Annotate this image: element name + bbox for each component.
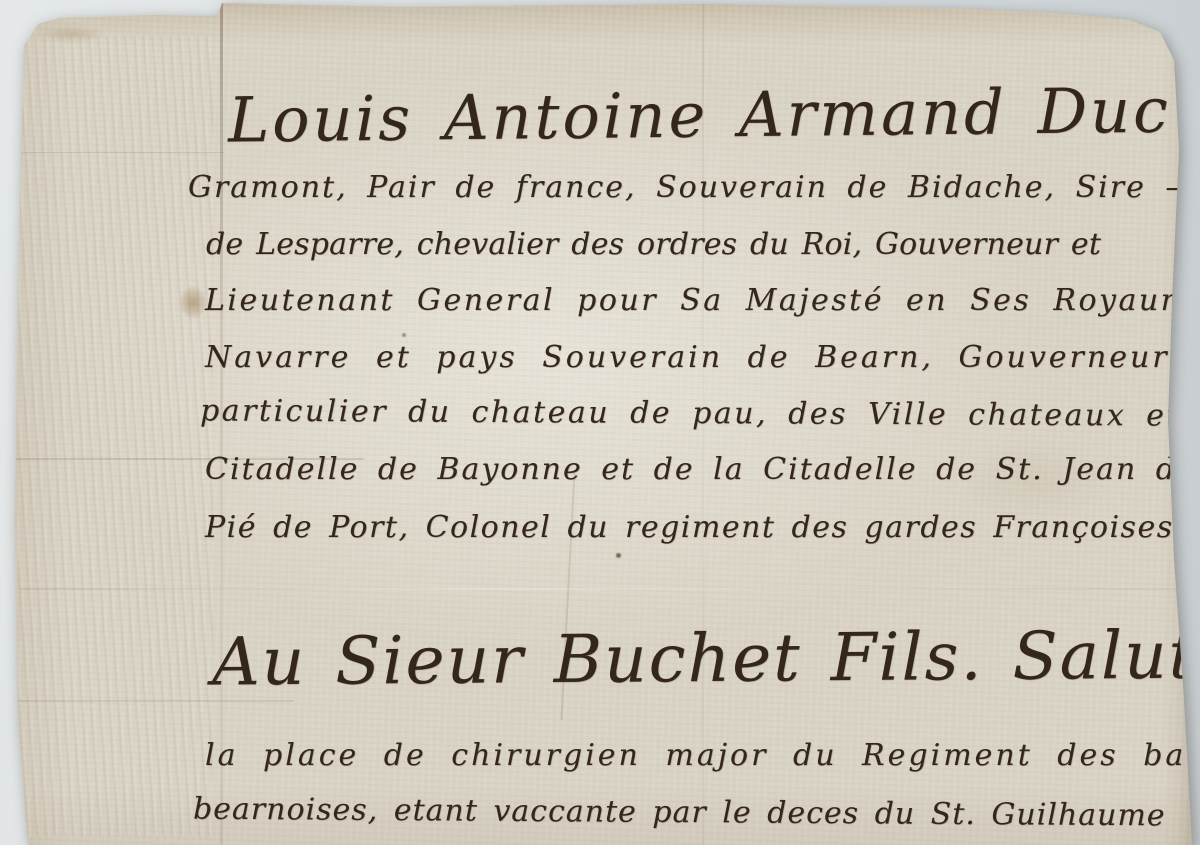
horizontal-crease <box>14 152 224 153</box>
paper-wrinkles-left-margin <box>18 36 213 836</box>
manuscript-line: Navarre et pays Souverain de Bearn, Gouv… <box>205 340 1200 375</box>
ink-speck <box>616 553 621 558</box>
manuscript-line: Gramont, Pair de france, Souverain de Bi… <box>188 170 1197 205</box>
edge-stain <box>36 26 106 42</box>
horizontal-crease <box>20 588 1180 590</box>
manuscript-line: la place de chirurgien major du Regiment… <box>205 738 1200 773</box>
ink-stain <box>180 287 206 318</box>
ink-speck <box>402 333 406 337</box>
paper-sheet: Louis Antoine Armand Duc de Gramont, Pai… <box>0 0 1200 845</box>
manuscript-line: bearnoises, etant vaccante par le deces … <box>193 792 1166 834</box>
horizontal-crease <box>14 700 294 702</box>
manuscript-line: Citadelle de Bayonne et de la Citadelle … <box>205 452 1197 487</box>
manuscript-line: Pié de Port, Colonel du regiment des gar… <box>205 510 1200 545</box>
manuscript-heading: Louis Antoine Armand Duc de <box>228 72 1200 156</box>
manuscript-salutation: Au Sieur Buchet Fils. Salut <box>212 617 1198 701</box>
manuscript-line: Lieutenant General pour Sa Majesté en Se… <box>205 283 1200 318</box>
photo-background: Louis Antoine Armand Duc de Gramont, Pai… <box>0 0 1200 845</box>
manuscript-paper: Louis Antoine Armand Duc de Gramont, Pai… <box>0 0 1200 845</box>
manuscript-line: particulier du chateau de pau, des Ville… <box>200 393 1181 433</box>
manuscript-line: de Lesparre, chevalier des ordres du Roi… <box>206 227 1101 262</box>
